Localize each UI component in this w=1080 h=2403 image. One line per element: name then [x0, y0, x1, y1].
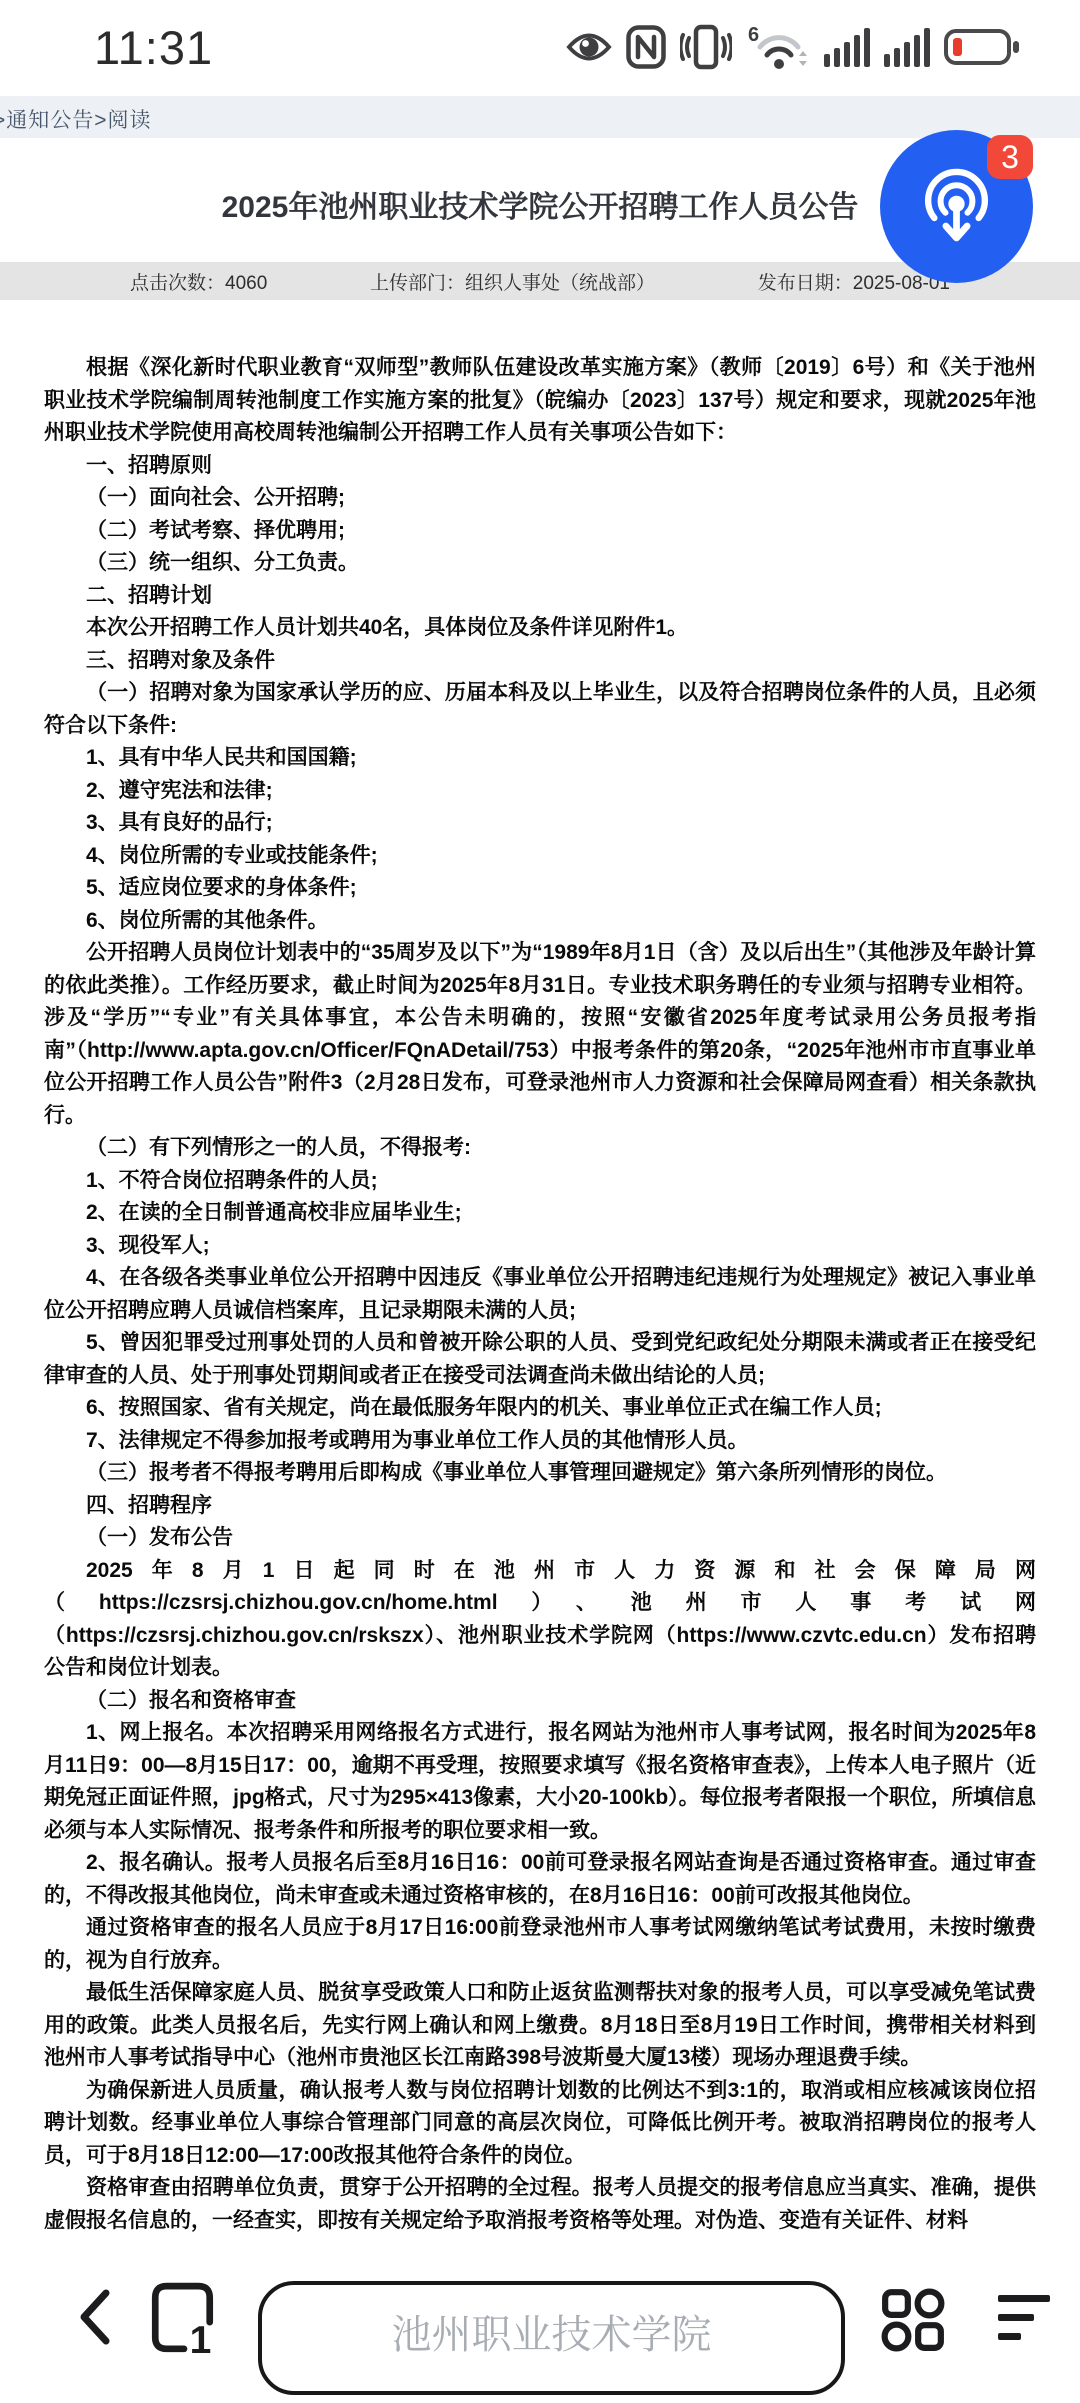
paragraph: 5、曾因犯罪受过刑事处罚的人员和曾被开除公职的人员、受到党纪政纪处分期限未满或者… [44, 1327, 1036, 1392]
tab-switcher-button[interactable]: 1 [150, 2281, 216, 2360]
paragraph: 5、适应岗位要求的身体条件; [44, 872, 1036, 905]
section-heading: 三、招聘对象及条件 [44, 645, 1036, 678]
publish-date-label: 发布日期： [758, 273, 853, 294]
paragraph: 根据《深化新时代职业教育“双师型”教师队伍建设改革实施方案》（教师〔2019〕6… [44, 352, 1036, 450]
section-heading: 二、招聘计划 [44, 580, 1036, 613]
signal-icon-sim2 [884, 26, 930, 68]
address-bar-text: 池州职业技术学院 [262, 2303, 841, 2360]
section-heading: 四、招聘程序 [44, 1490, 1036, 1523]
paragraph: （一）面向社会、公开招聘; [44, 482, 1036, 515]
signal-icon-sim1 [824, 26, 870, 68]
more-menu-icon[interactable] [998, 2293, 1052, 2350]
back-button[interactable] [74, 2287, 114, 2352]
paragraph: 4、岗位所需的专业或技能条件; [44, 840, 1036, 873]
app-grid-menu-icon[interactable] [880, 2287, 946, 2358]
paragraph: 公开招聘人员岗位计划表中的“35周岁及以下”为“1989年8月1日（含）及以后出… [44, 937, 1036, 1132]
paragraph: （三）报考者不得报考聘用后即构成《事业单位人事管理回避规定》第六条所列情形的岗位… [44, 1457, 1036, 1490]
paragraph: （二）有下列情形之一的人员，不得报考: [44, 1132, 1036, 1165]
paragraph: 3、具有良好的品行; [44, 807, 1036, 840]
wifi6-icon: 6 [746, 23, 810, 71]
phone-screen: 11:31 [0, 0, 1080, 2403]
announcement-body: 根据《深化新时代职业教育“双师型”教师队伍建设改革实施方案》（教师〔2019〕6… [0, 352, 1080, 2241]
svg-text:6: 6 [748, 24, 759, 46]
nfc-icon [626, 25, 666, 69]
paragraph: （三）统一组织、分工负责。 [44, 547, 1036, 580]
status-bar: 11:31 [0, 0, 1080, 94]
paragraph: 2、在读的全日制普通高校非应届毕业生; [44, 1197, 1036, 1230]
upload-dept-label: 上传部门： [370, 273, 465, 294]
paragraph: 6、按照国家、省有关规定，尚在最低服务年限内的机关、事业单位正式在编工作人员; [44, 1392, 1036, 1425]
clock: 11:31 [94, 20, 213, 75]
notification-badge: 3 [987, 135, 1033, 179]
paragraph: 1、具有中华人民共和国国籍; [44, 742, 1036, 775]
upload-dept: 上传部门：组织人事处（统战部） [370, 268, 655, 295]
battery-low-icon [944, 27, 1020, 67]
click-count: 点击次数：4060 [130, 268, 267, 295]
paragraph: 6、岗位所需的其他条件。 [44, 905, 1036, 938]
section-heading: 一、招聘原则 [44, 450, 1036, 483]
tab-count: 1 [190, 2319, 212, 2355]
paragraph: 资格审查由招聘单位负责，贯穿于公开招聘的全过程。报考人员提交的报考信息应当真实、… [44, 2172, 1036, 2237]
paragraph: 3、现役军人; [44, 1230, 1036, 1263]
paragraph: 2、遵守宪法和法律; [44, 775, 1036, 808]
breadcrumb[interactable]: >通知公告>阅读 [0, 104, 152, 134]
eye-protection-icon [566, 29, 612, 65]
paragraph: 2025年8月1日起同时在池州市人力资源和社会保障局网（https://czsr… [44, 1555, 1036, 1685]
paragraph: 4、在各级各类事业单位公开招聘中因违反《事业单位公开招聘违纪违规行为处理规定》被… [44, 1262, 1036, 1327]
paragraph: 最低生活保障家庭人员、脱贫享受政策人口和防止返贫监测帮扶对象的报考人员，可以享受… [44, 1977, 1036, 2075]
address-bar[interactable]: 池州职业技术学院 [258, 2281, 845, 2395]
click-count-label: 点击次数： [130, 273, 225, 294]
vibrate-icon [680, 24, 732, 70]
paragraph: 1、不符合岗位招聘条件的人员; [44, 1165, 1036, 1198]
paragraph: （二）报名和资格审查 [44, 1685, 1036, 1718]
paragraph: 2、报名确认。报考人员报名后至8月16日16：00前可登录报名网站查询是否通过资… [44, 1847, 1036, 1912]
click-count-value: 4060 [225, 273, 267, 294]
upload-dept-value: 组织人事处（统战部） [465, 273, 655, 294]
podcast-download-icon [914, 164, 999, 254]
paragraph: 1、网上报名。本次招聘采用网络报名方式进行，报名网站为池州市人事考试网，报名时间… [44, 1717, 1036, 1847]
read-aloud-float-button[interactable]: 3 [880, 130, 1033, 283]
paragraph: 通过资格审查的报名人员应于8月17日16:00前登录池州市人事考试网缴纳笔试考试… [44, 1912, 1036, 1977]
paragraph: 本次公开招聘工作人员计划共40名，具体岗位及条件详见附件1。 [44, 612, 1036, 645]
paragraph: 为确保新进人员质量，确认报考人数与岗位招聘计划数的比例达不到3:1的，取消或相应… [44, 2075, 1036, 2173]
paragraph: 7、法律规定不得参加报考或聘用为事业单位工作人员的其他情形人员。 [44, 1425, 1036, 1458]
paragraph: （一）发布公告 [44, 1522, 1036, 1555]
status-icons: 6 [566, 0, 1020, 94]
breadcrumb-bar: >通知公告>阅读 [0, 96, 1080, 138]
paragraph: （一）招聘对象为国家承认学历的应、历届本科及以上毕业生，以及符合招聘岗位条件的人… [44, 677, 1036, 742]
browser-toolbar: 1 池州职业技术学院 [0, 2255, 1080, 2403]
paragraph: （二）考试考察、择优聘用; [44, 515, 1036, 548]
